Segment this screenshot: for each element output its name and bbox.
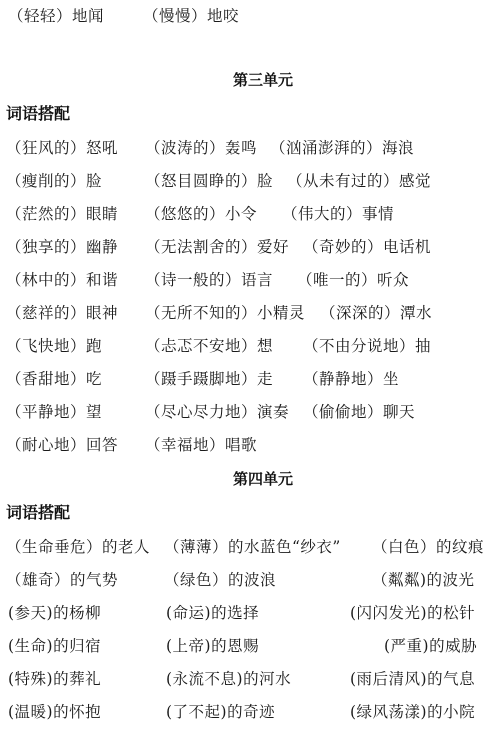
phrase-item: （深深的）潭水 <box>320 303 432 323</box>
phrase-item: （林中的）和谐 <box>6 270 118 290</box>
phrase-item: (生命)的归宿 <box>8 636 101 656</box>
phrase-item: (命运)的选择 <box>166 603 259 623</box>
phrase-item: （飞快地）跑 <box>6 336 102 356</box>
phrase-item: （生命垂危）的老人 <box>6 537 150 557</box>
unit-4-title: 第四单元 <box>0 469 500 489</box>
phrase-item: (雨后清风)的气息 <box>350 669 475 689</box>
phrase-item: （无法割舍的）爱好 <box>145 237 289 257</box>
phrase-item: （绿色）的波浪 <box>164 570 276 590</box>
phrase-item: （薄薄）的水蓝色“纱衣” <box>164 537 341 557</box>
phrase-item: （从未有过的）感觉 <box>287 171 431 191</box>
phrase-item: （诗一般的）语言 <box>145 270 273 290</box>
phrase-item: (闪闪发光)的松针 <box>350 603 475 623</box>
phrase-item: （慈祥的）眼神 <box>6 303 118 323</box>
phrase-item: (参天)的杨柳 <box>8 603 101 623</box>
phrase-item: （独享的）幽静 <box>6 237 118 257</box>
phrase-item: （平静地）望 <box>6 402 102 422</box>
phrase-item: (了不起)的奇迹 <box>166 702 275 722</box>
phrase-item: （怒目圆睁的）脸 <box>145 171 273 191</box>
phrase-item: （慢慢）地咬 <box>143 6 239 26</box>
unit-4-section-label: 词语搭配 <box>6 503 70 523</box>
phrase-item: （轻轻）地闻 <box>8 6 104 26</box>
phrase-item: (严重)的威胁 <box>384 636 477 656</box>
phrase-item: （伟大的）事情 <box>282 204 394 224</box>
phrase-item: （粼粼)的波光 <box>372 570 475 590</box>
phrase-item: （幸福地）唱歌 <box>145 435 257 455</box>
phrase-item: （耐心地）回答 <box>6 435 118 455</box>
phrase-item: （奇妙的）电话机 <box>303 237 431 257</box>
phrase-item: （偷偷地）聊天 <box>303 402 415 422</box>
phrase-item: (永流不息)的河水 <box>166 669 291 689</box>
phrase-item: （茫然的）眼睛 <box>6 204 118 224</box>
phrase-item: （不由分说地）抽 <box>303 336 431 356</box>
phrase-item: (特殊)的葬礼 <box>8 669 101 689</box>
phrase-item: （白色）的纹痕 <box>372 537 484 557</box>
phrase-item: （蹑手蹑脚地）走 <box>145 369 273 389</box>
phrase-item: （无所不知的）小精灵 <box>145 303 305 323</box>
phrase-item: （唯一的）听众 <box>297 270 409 290</box>
phrase-item: (上帝)的恩赐 <box>166 636 259 656</box>
phrase-item: （汹涌澎湃的）海浪 <box>270 138 414 158</box>
phrase-item: （尽心尽力地）演奏 <box>145 402 289 422</box>
phrase-item: （波涛的）轰鸣 <box>145 138 257 158</box>
phrase-item: （香甜地）吃 <box>6 369 102 389</box>
phrase-item: （雄奇）的气势 <box>6 570 118 590</box>
phrase-item: （忐忑不安地）想 <box>145 336 273 356</box>
phrase-item: （静静地）坐 <box>303 369 399 389</box>
phrase-item: （瘦削的）脸 <box>6 171 102 191</box>
phrase-item: (温暖)的怀抱 <box>8 702 101 722</box>
phrase-item: (绿风荡漾)的小院 <box>350 702 475 722</box>
phrase-item: （狂风的）怒吼 <box>6 138 118 158</box>
unit-3-title: 第三单元 <box>0 70 500 90</box>
phrase-item: （悠悠的）小令 <box>145 204 257 224</box>
unit-3-section-label: 词语搭配 <box>6 104 70 124</box>
